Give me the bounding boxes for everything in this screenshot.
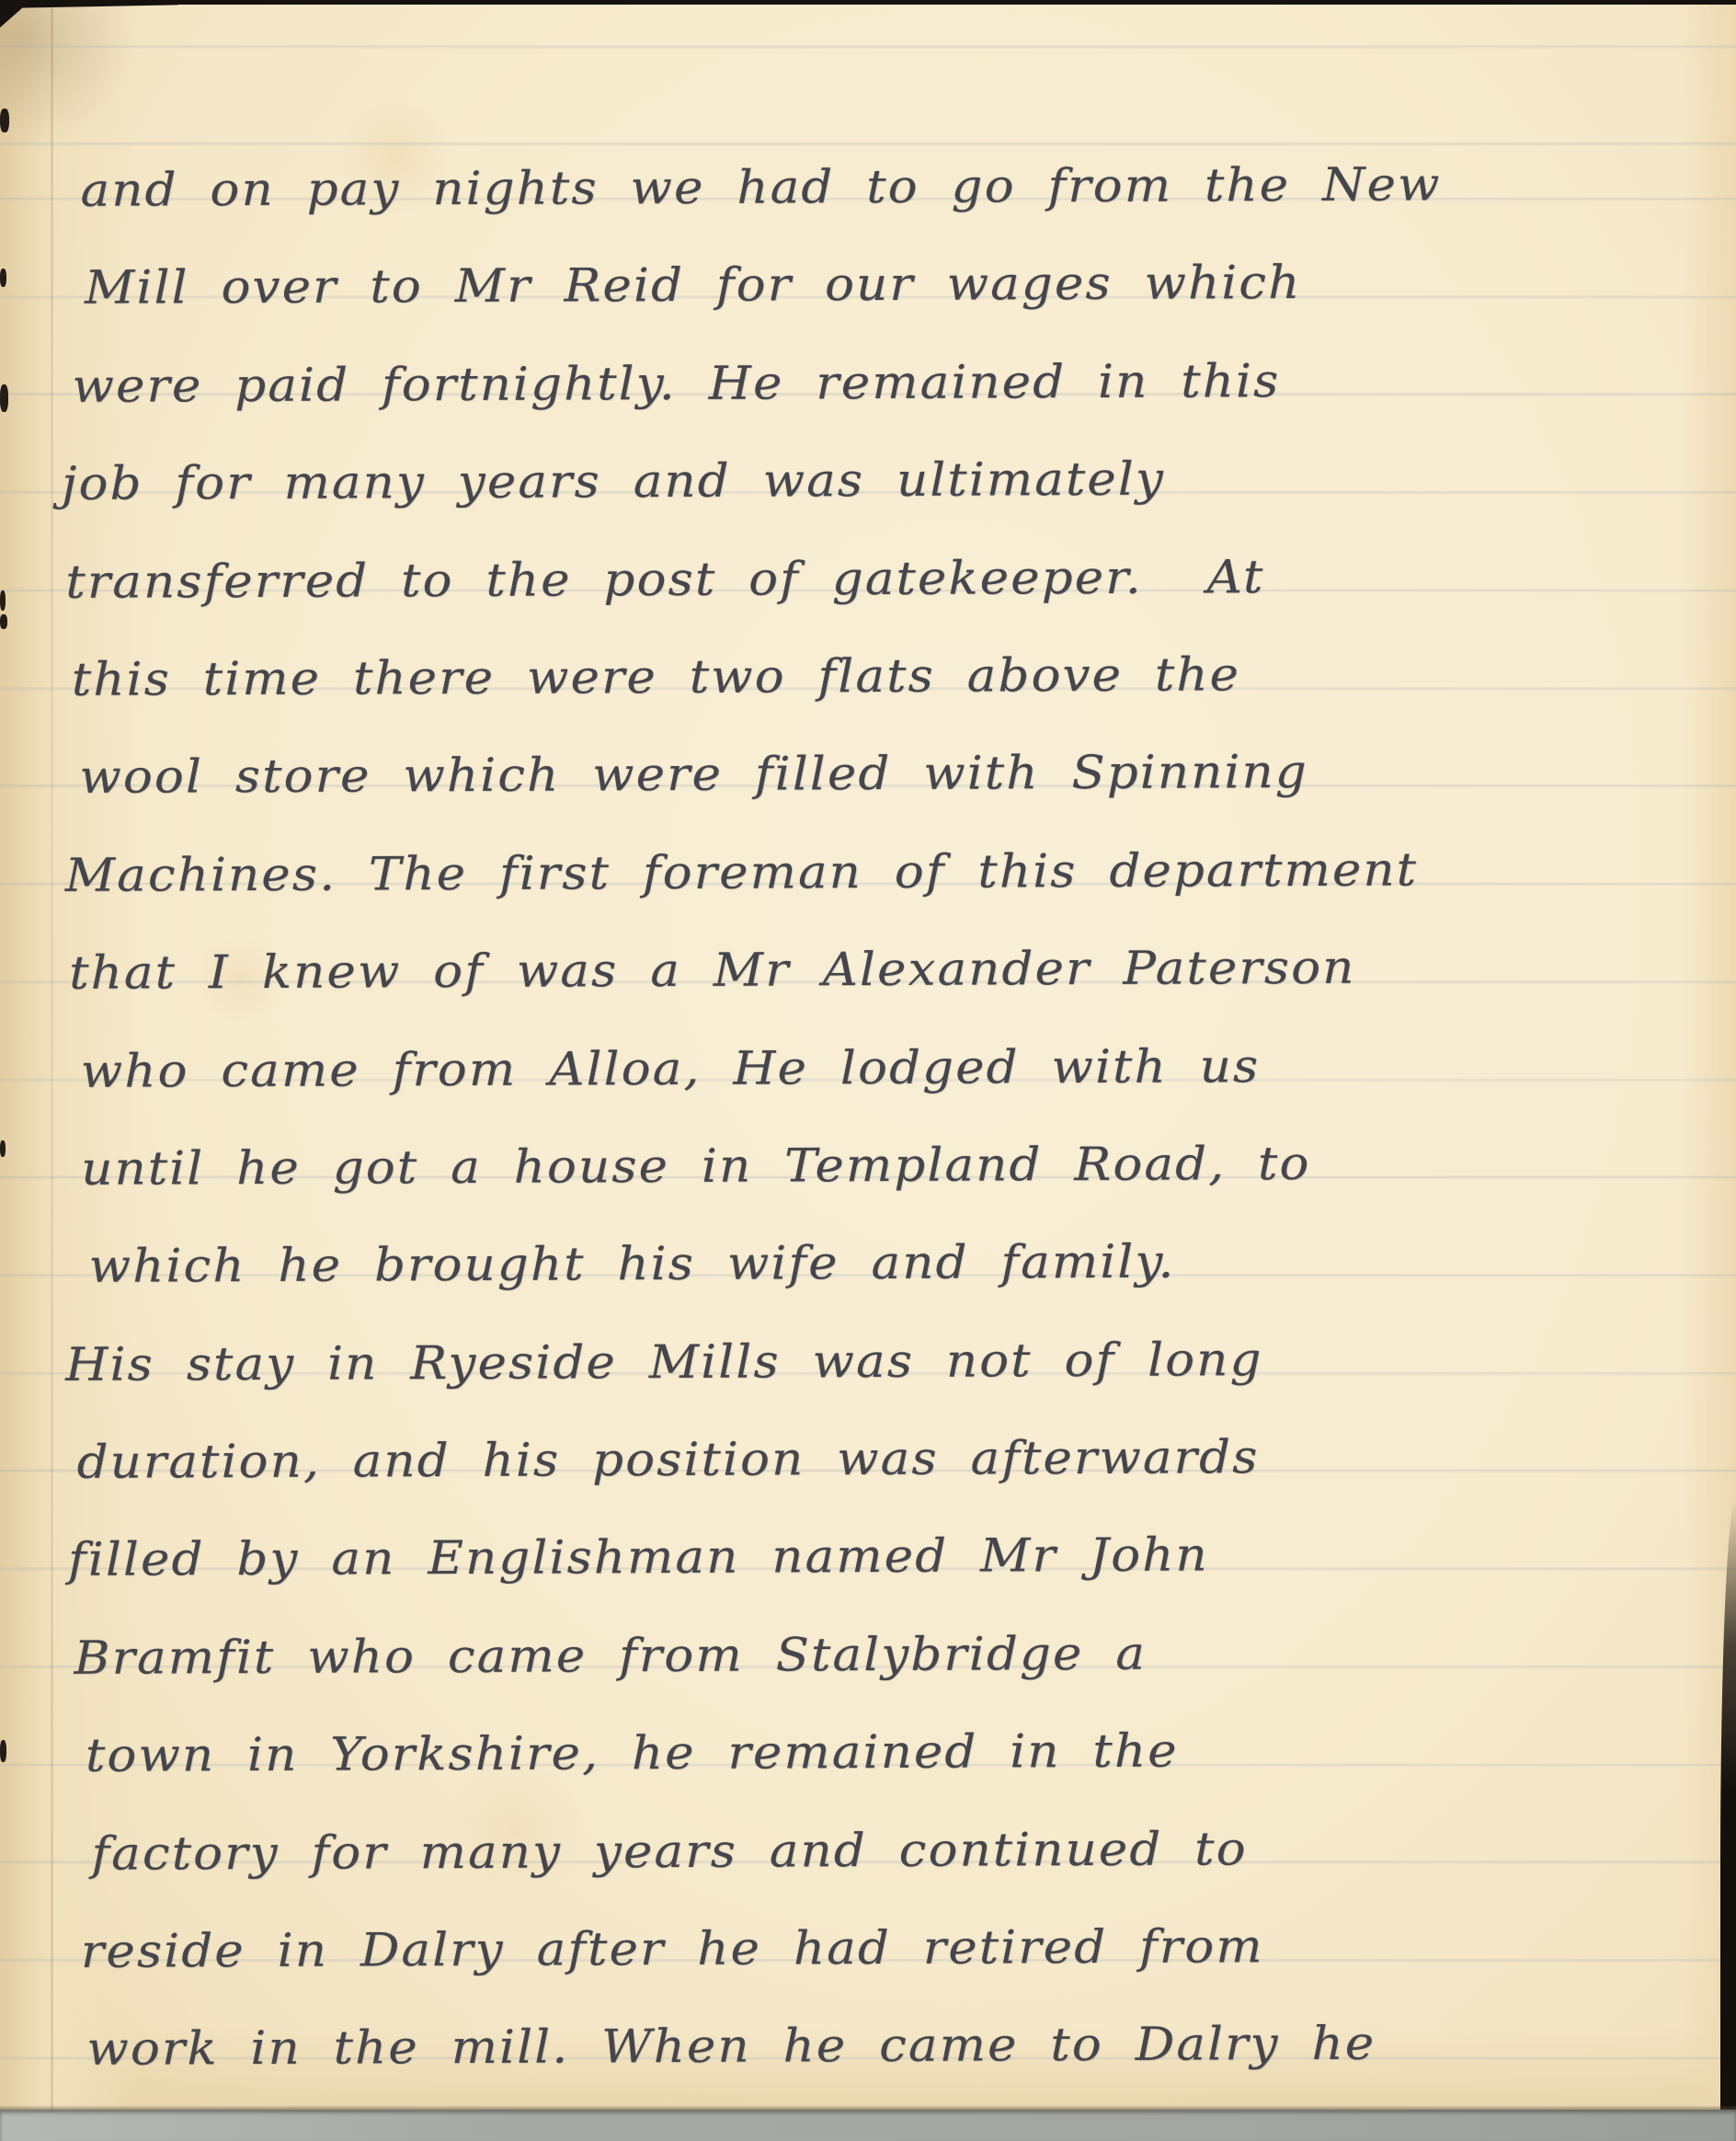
scan-top-edge [0, 0, 1736, 5]
manuscript-line: were paid fortnightly. He remained in th… [72, 329, 1736, 435]
paper-sheet: and on pay nights we had to go from the … [0, 0, 1736, 2110]
manuscript-line: that I knew of was a Mr Alexander Paters… [69, 917, 1736, 1023]
torn-edge-mark [0, 269, 6, 287]
scanner-bed-strip [0, 2110, 1736, 2141]
manuscript-line: Bramfit who came from Stalybridge a [74, 1601, 1736, 1707]
torn-edge-mark [0, 1140, 6, 1157]
manuscript-text: and on pay nights we had to go from the … [60, 134, 1712, 2099]
torn-edge-mark [0, 109, 9, 132]
manuscript-line: this time there were two flats above the [72, 624, 1736, 729]
manuscript-line: transferred to the post of gatekeeper. A… [65, 525, 1736, 631]
manuscript-line: His stay in Ryeside Mills was not of lon… [65, 1308, 1736, 1414]
manuscript-line: and on pay nights we had to go from the … [80, 134, 1736, 240]
manuscript-line: wool store which were filled with Spinni… [79, 721, 1736, 827]
manuscript-line: factory for many years and continued to [91, 1797, 1736, 1903]
manuscript-line: Mill over to Mr Reid for our wages which [85, 232, 1736, 338]
manuscript-line: until he got a house in Templand Road, t… [81, 1113, 1736, 1219]
torn-edge-mark [0, 614, 7, 629]
manuscript-line: duration, and his position was afterward… [76, 1406, 1736, 1512]
manuscript-line: reside in Dalry after he had retired fro… [81, 1895, 1736, 2001]
torn-edge-mark [0, 1740, 6, 1762]
gutter-crease [51, 0, 53, 2110]
manuscript-line: filled by an Englishman named Mr John [68, 1504, 1736, 1609]
torn-edge-mark [0, 384, 8, 412]
manuscript-line: town in Yorkshire, he remained in the [86, 1700, 1736, 1805]
manuscript-line: work in the mill. When he came to Dalry … [86, 1993, 1736, 2099]
manuscript-line: job for many years and was ultimately [62, 428, 1736, 533]
scanned-page: and on pay nights we had to go from the … [0, 0, 1736, 2141]
manuscript-line: Machines. The first foreman of this depa… [65, 819, 1736, 924]
manuscript-line: which he brought his wife and family. [88, 1210, 1736, 1316]
manuscript-line: who came from Alloa, He lodged with us [81, 1014, 1736, 1120]
torn-edge-mark [0, 590, 6, 611]
